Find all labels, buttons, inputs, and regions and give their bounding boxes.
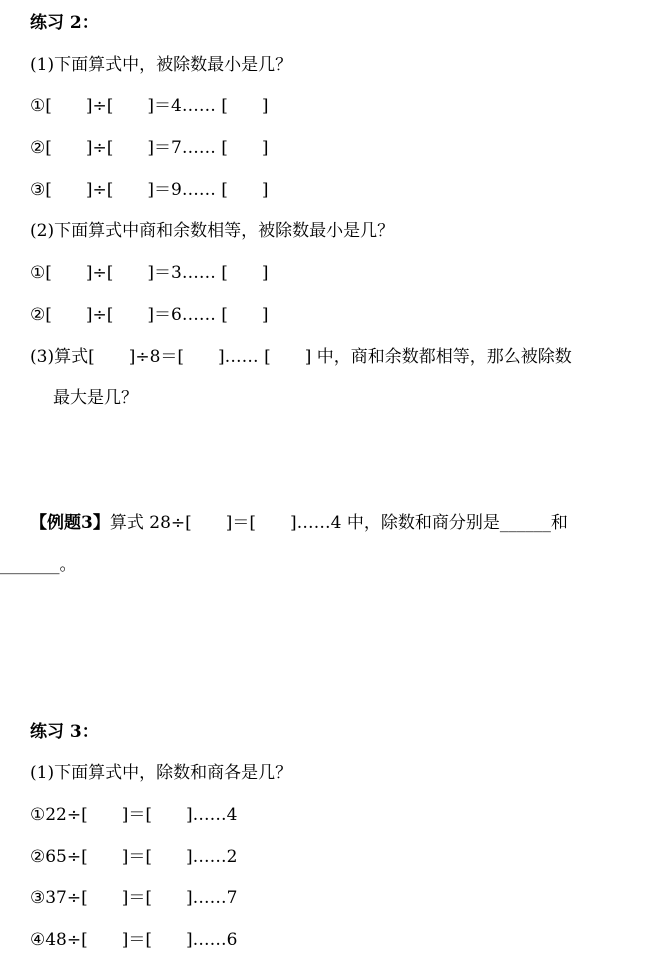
text-segment: ④48÷[ ]＝[ ]……6	[30, 930, 237, 950]
text-line-23: ④48÷[ ]＝[ ]……6	[0, 920, 654, 962]
text-line-16	[0, 628, 654, 670]
text-line-2: (1)下面算式中，被除数最小是几？	[0, 45, 654, 87]
text-segment: ③37÷[ ]＝[ ]……7	[30, 888, 237, 908]
text-line-10: 最大是几？	[0, 378, 654, 420]
bold-text-segment: 练习 2：	[30, 13, 99, 33]
text-line-8: ②[ ]÷[ ]＝6…… [ ]	[0, 295, 654, 337]
text-line-19: (1)下面算式中，除数和商各是几？	[0, 753, 654, 795]
text-segment: _______。	[0, 555, 77, 575]
text-line-15	[0, 587, 654, 629]
text-line-14: _______。	[0, 545, 654, 587]
bold-text-segment: 练习 3：	[30, 722, 99, 742]
text-segment: ③[ ]÷[ ]＝9…… [ ]	[30, 180, 269, 200]
text-segment: (3)算式[ ]÷8＝[ ]…… [ ] 中，商和余数都相等，那么被除数	[30, 347, 572, 367]
text-segment: ②[ ]÷[ ]＝6…… [ ]	[30, 305, 269, 325]
text-line-3: ①[ ]÷[ ]＝4…… [ ]	[0, 86, 654, 128]
bold-text-segment: 【例题3】	[30, 513, 110, 533]
text-segment: ①[ ]÷[ ]＝3…… [ ]	[30, 263, 269, 283]
text-line-18: 练习 3：	[0, 712, 654, 754]
text-segment: (1)下面算式中，被除数最小是几？	[30, 55, 292, 75]
text-line-13: 【例题3】算式 28÷[ ]＝[ ]……4 中，除数和商分别是______和	[0, 503, 654, 545]
text-line-6: (2)下面算式中商和余数相等，被除数最小是几？	[0, 211, 654, 253]
text-line-5: ③[ ]÷[ ]＝9…… [ ]	[0, 170, 654, 212]
text-segment: (1)下面算式中，除数和商各是几？	[30, 763, 292, 783]
text-segment: 最大是几？	[53, 388, 138, 408]
text-segment: ②[ ]÷[ ]＝7…… [ ]	[30, 138, 269, 158]
text-line-4: ②[ ]÷[ ]＝7…… [ ]	[0, 128, 654, 170]
text-segment: ①[ ]÷[ ]＝4…… [ ]	[30, 96, 269, 116]
worksheet-page: 练习 2：(1)下面算式中，被除数最小是几？①[ ]÷[ ]＝4…… [ ]②[…	[0, 0, 654, 965]
text-segment: ②65÷[ ]＝[ ]……2	[30, 847, 237, 867]
text-line-7: ①[ ]÷[ ]＝3…… [ ]	[0, 253, 654, 295]
text-line-17	[0, 670, 654, 712]
text-segment: 算式 28÷[ ]＝[ ]……4 中，除数和商分别是______和	[110, 513, 568, 533]
text-line-9: (3)算式[ ]÷8＝[ ]…… [ ] 中，商和余数都相等，那么被除数	[0, 337, 654, 379]
text-segment: (2)下面算式中商和余数相等，被除数最小是几？	[30, 221, 394, 241]
text-line-22: ③37÷[ ]＝[ ]……7	[0, 878, 654, 920]
text-line-1: 练习 2：	[0, 3, 654, 45]
text-line-20: ①22÷[ ]＝[ ]……4	[0, 795, 654, 837]
text-line-11	[0, 420, 654, 462]
text-line-12	[0, 462, 654, 504]
text-line-21: ②65÷[ ]＝[ ]……2	[0, 837, 654, 879]
text-segment: ①22÷[ ]＝[ ]……4	[30, 805, 237, 825]
